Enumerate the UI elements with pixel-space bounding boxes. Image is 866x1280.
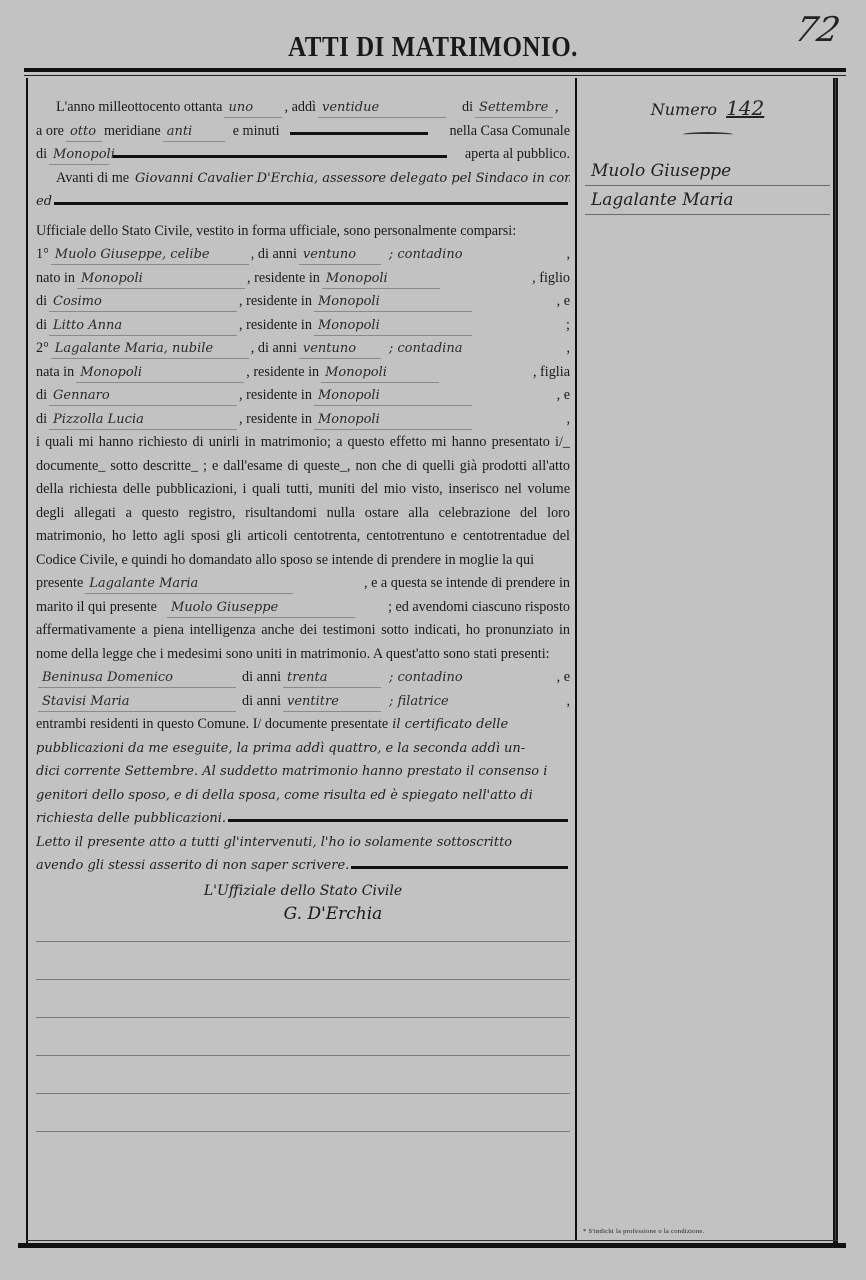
witness-1-profession: ; contadino xyxy=(385,669,493,687)
intro-line: Ufficiale dello Stato Civile, vestito in… xyxy=(36,220,570,244)
closing-rule xyxy=(351,866,568,869)
record-number: Numero 142 xyxy=(585,96,830,120)
label: , di anni xyxy=(251,337,297,361)
groom-residence-field: Monopoli xyxy=(322,270,440,289)
witness-2-line: Stavisi Maria di anni ventitre ; filatri… xyxy=(36,690,570,714)
bride-mother-line: di Pizzolla Lucia , residente in Monopol… xyxy=(36,408,570,432)
margin-name-groom: Muolo Giuseppe xyxy=(585,157,830,186)
label: di anni xyxy=(242,690,281,714)
bride-father-line: di Gennaro , residente in Monopoli , e xyxy=(36,384,570,408)
label: a ore xyxy=(36,120,64,144)
handwritten-line-2: dici corrente Settembre. Al suddetto mat… xyxy=(36,760,570,784)
handwritten-line-6: avendo gli stessi asserito di non saper … xyxy=(36,854,570,878)
blank-line xyxy=(36,979,570,980)
label: Ufficiale dello Stato Civile, vestito in… xyxy=(36,220,516,244)
blank-line xyxy=(36,1055,570,1056)
bride-father-field: Gennaro xyxy=(49,387,237,406)
label: , e a questa se intende di prendere in xyxy=(364,572,570,596)
groom-line: 1° Muolo Giuseppe, celibe , di anni vent… xyxy=(36,243,570,267)
pronouncement-paragraph: affermativamente a piena intelligenza an… xyxy=(36,619,570,666)
day-field: ventidue xyxy=(318,99,446,118)
top-border-thin xyxy=(24,75,846,76)
witness-1-line: Beninusa Domenico di anni trenta ; conta… xyxy=(36,666,570,690)
groom-father-line: di Cosimo , residente in Monopoli , e xyxy=(36,290,570,314)
label: Avanti di me xyxy=(56,167,129,191)
label: nato in xyxy=(36,267,75,291)
bride-name-field: Lagalante Maria, nubile xyxy=(51,340,249,359)
label: , residente in xyxy=(239,290,312,314)
label: entrambi residenti in questo Comune. I/ … xyxy=(36,713,388,737)
groom-name-field: Muolo Giuseppe, celibe xyxy=(51,246,249,265)
margin-name-bride: Lagalante Maria xyxy=(585,186,830,215)
footnote: * S'indichi la professione o la condizio… xyxy=(583,1228,704,1235)
bride-mother-residence-field: Monopoli xyxy=(314,411,472,430)
handwritten-line-3: genitori dello sposo, e di della sposa, … xyxy=(36,784,570,808)
declaration-paragraph: i quali mi hanno richiesto di unirli in … xyxy=(36,431,570,572)
bride-father-residence-field: Monopoli xyxy=(314,387,472,406)
minutes-field xyxy=(290,132,428,135)
label: 2° xyxy=(36,337,49,361)
closing-rule xyxy=(228,819,568,822)
label: di anni xyxy=(242,666,281,690)
top-border xyxy=(24,68,846,72)
documents-field: il certificato delle xyxy=(392,713,508,737)
groom-mother-residence-field: Monopoli xyxy=(314,317,472,336)
blank-line xyxy=(36,1017,570,1018)
label: , residente in xyxy=(239,408,312,432)
witness-2-profession: ; filatrice xyxy=(385,693,493,711)
header-line-5: ed xyxy=(36,190,570,214)
bride-birth-line: nata in Monopoli , residente in Monopoli… xyxy=(36,361,570,385)
header-line-3: di Monopoli aperta al pubblico. xyxy=(36,143,570,167)
label: marito il qui presente xyxy=(36,596,157,620)
witness-2-name: Stavisi Maria xyxy=(38,693,236,712)
bride-profession-field: ; contadina xyxy=(385,340,469,358)
label: aperta al pubblico. xyxy=(465,143,570,167)
label: presente xyxy=(36,572,83,596)
label: , addì xyxy=(284,96,316,120)
header-line-2: a ore otto meridiane anti e minuti nella… xyxy=(36,120,570,144)
label: di xyxy=(462,96,473,120)
groom-presente-field: Muolo Giuseppe xyxy=(167,599,355,618)
label: , xyxy=(555,96,559,120)
bride-mother-field: Pizzolla Lucia xyxy=(49,411,237,430)
label: di xyxy=(36,384,47,408)
blank-line xyxy=(36,1093,570,1094)
label: di xyxy=(36,408,47,432)
bride-age-field: ventuno xyxy=(299,340,381,359)
label: ; ed avendomi ciascuno risposto xyxy=(388,596,570,620)
main-column: L'anno milleottocento ottanta uno , addì… xyxy=(36,96,570,1132)
bottom-border xyxy=(18,1243,846,1248)
header-line-1: L'anno milleottocento ottanta uno , addì… xyxy=(36,96,570,120)
officer-field-cont: ed xyxy=(36,190,52,214)
label: 1° xyxy=(36,243,49,267)
label: , xyxy=(566,690,570,714)
label: , residente in xyxy=(246,361,319,385)
flourish-ornament xyxy=(683,132,733,137)
label: ; xyxy=(566,314,570,338)
bride-residence-field: Monopoli xyxy=(321,364,439,383)
groom-birth-line: nato in Monopoli , residente in Monopoli… xyxy=(36,267,570,291)
witness-1-name: Beninusa Domenico xyxy=(38,669,236,688)
documents-line: entrambi residenti in questo Comune. I/ … xyxy=(36,713,570,737)
officer-field: Giovanni Cavalier D'Erchia, assessore de… xyxy=(135,167,570,191)
label: e minuti xyxy=(233,120,280,144)
bottom-border-thin xyxy=(26,1240,838,1241)
bride-birthplace-field: Monopoli xyxy=(76,364,244,383)
label: , xyxy=(566,408,570,432)
groom-profession-field: ; contadino xyxy=(385,246,469,264)
handwritten-line-5: Letto il presente atto a tutti gl'interv… xyxy=(36,831,570,855)
groom-age-field: ventuno xyxy=(299,246,381,265)
signature: G. D'Erchia xyxy=(96,903,570,927)
year-field: uno xyxy=(224,99,282,118)
groom-mother-field: Litto Anna xyxy=(49,317,237,336)
header-line-4: Avanti di me Giovanni Cavalier D'Erchia,… xyxy=(36,167,570,191)
town-rule xyxy=(113,155,447,158)
groom-presente-line: marito il qui presente Muolo Giuseppe ; … xyxy=(36,596,570,620)
handwritten-line-1: pubblicazioni da me eseguite, la prima a… xyxy=(36,737,570,761)
record-number-label: Numero xyxy=(651,100,717,119)
groom-mother-line: di Litto Anna , residente in Monopoli ; xyxy=(36,314,570,338)
groom-birthplace-field: Monopoli xyxy=(77,270,245,289)
officer-rule xyxy=(54,202,568,205)
label: , e xyxy=(557,384,570,408)
label: , residente in xyxy=(239,384,312,408)
label: meridiane xyxy=(104,120,161,144)
label: di xyxy=(36,314,47,338)
label: , figlia xyxy=(533,361,570,385)
label: , residente in xyxy=(247,267,320,291)
groom-father-field: Cosimo xyxy=(49,293,237,312)
margin-column: Numero 142 Muolo Giuseppe Lagalante Mari… xyxy=(585,96,830,215)
label: , di anni xyxy=(251,243,297,267)
handwritten-text: richiesta delle pubblicazioni. xyxy=(36,807,226,831)
label: , e xyxy=(557,666,570,690)
ampm-field: anti xyxy=(163,123,225,142)
label: di xyxy=(36,290,47,314)
month-field: Settembre xyxy=(475,99,553,118)
blank-line xyxy=(36,941,570,942)
bride-presente-field: Lagalante Maria xyxy=(85,575,293,594)
groom-father-residence-field: Monopoli xyxy=(314,293,472,312)
witness-1-age: trenta xyxy=(283,669,381,688)
label: , figlio xyxy=(532,267,570,291)
label: nella Casa Comunale xyxy=(449,120,570,144)
signature-title: L'Uffiziale dello Stato Civile xyxy=(36,880,570,904)
page-title: ATTI DI MATRIMONIO. xyxy=(0,32,866,64)
label: L'anno milleottocento ottanta xyxy=(56,96,222,120)
bride-line: 2° Lagalante Maria, nubile , di anni ven… xyxy=(36,337,570,361)
town-field: Monopoli xyxy=(49,146,109,165)
label: di xyxy=(36,143,47,167)
handwritten-text: avendo gli stessi asserito di non saper … xyxy=(36,854,349,878)
hour-field: otto xyxy=(66,123,102,142)
blank-line xyxy=(36,1131,570,1132)
label: , e xyxy=(557,290,570,314)
bride-presente-line: presente Lagalante Maria , e a questa se… xyxy=(36,572,570,596)
column-divider xyxy=(575,78,577,1241)
record-number-value: 142 xyxy=(726,96,764,120)
label: nata in xyxy=(36,361,74,385)
handwritten-line-4: richiesta delle pubblicazioni. xyxy=(36,807,570,831)
right-inner-border xyxy=(835,78,836,1241)
label: , residente in xyxy=(239,314,312,338)
witness-2-age: ventitre xyxy=(283,693,381,712)
